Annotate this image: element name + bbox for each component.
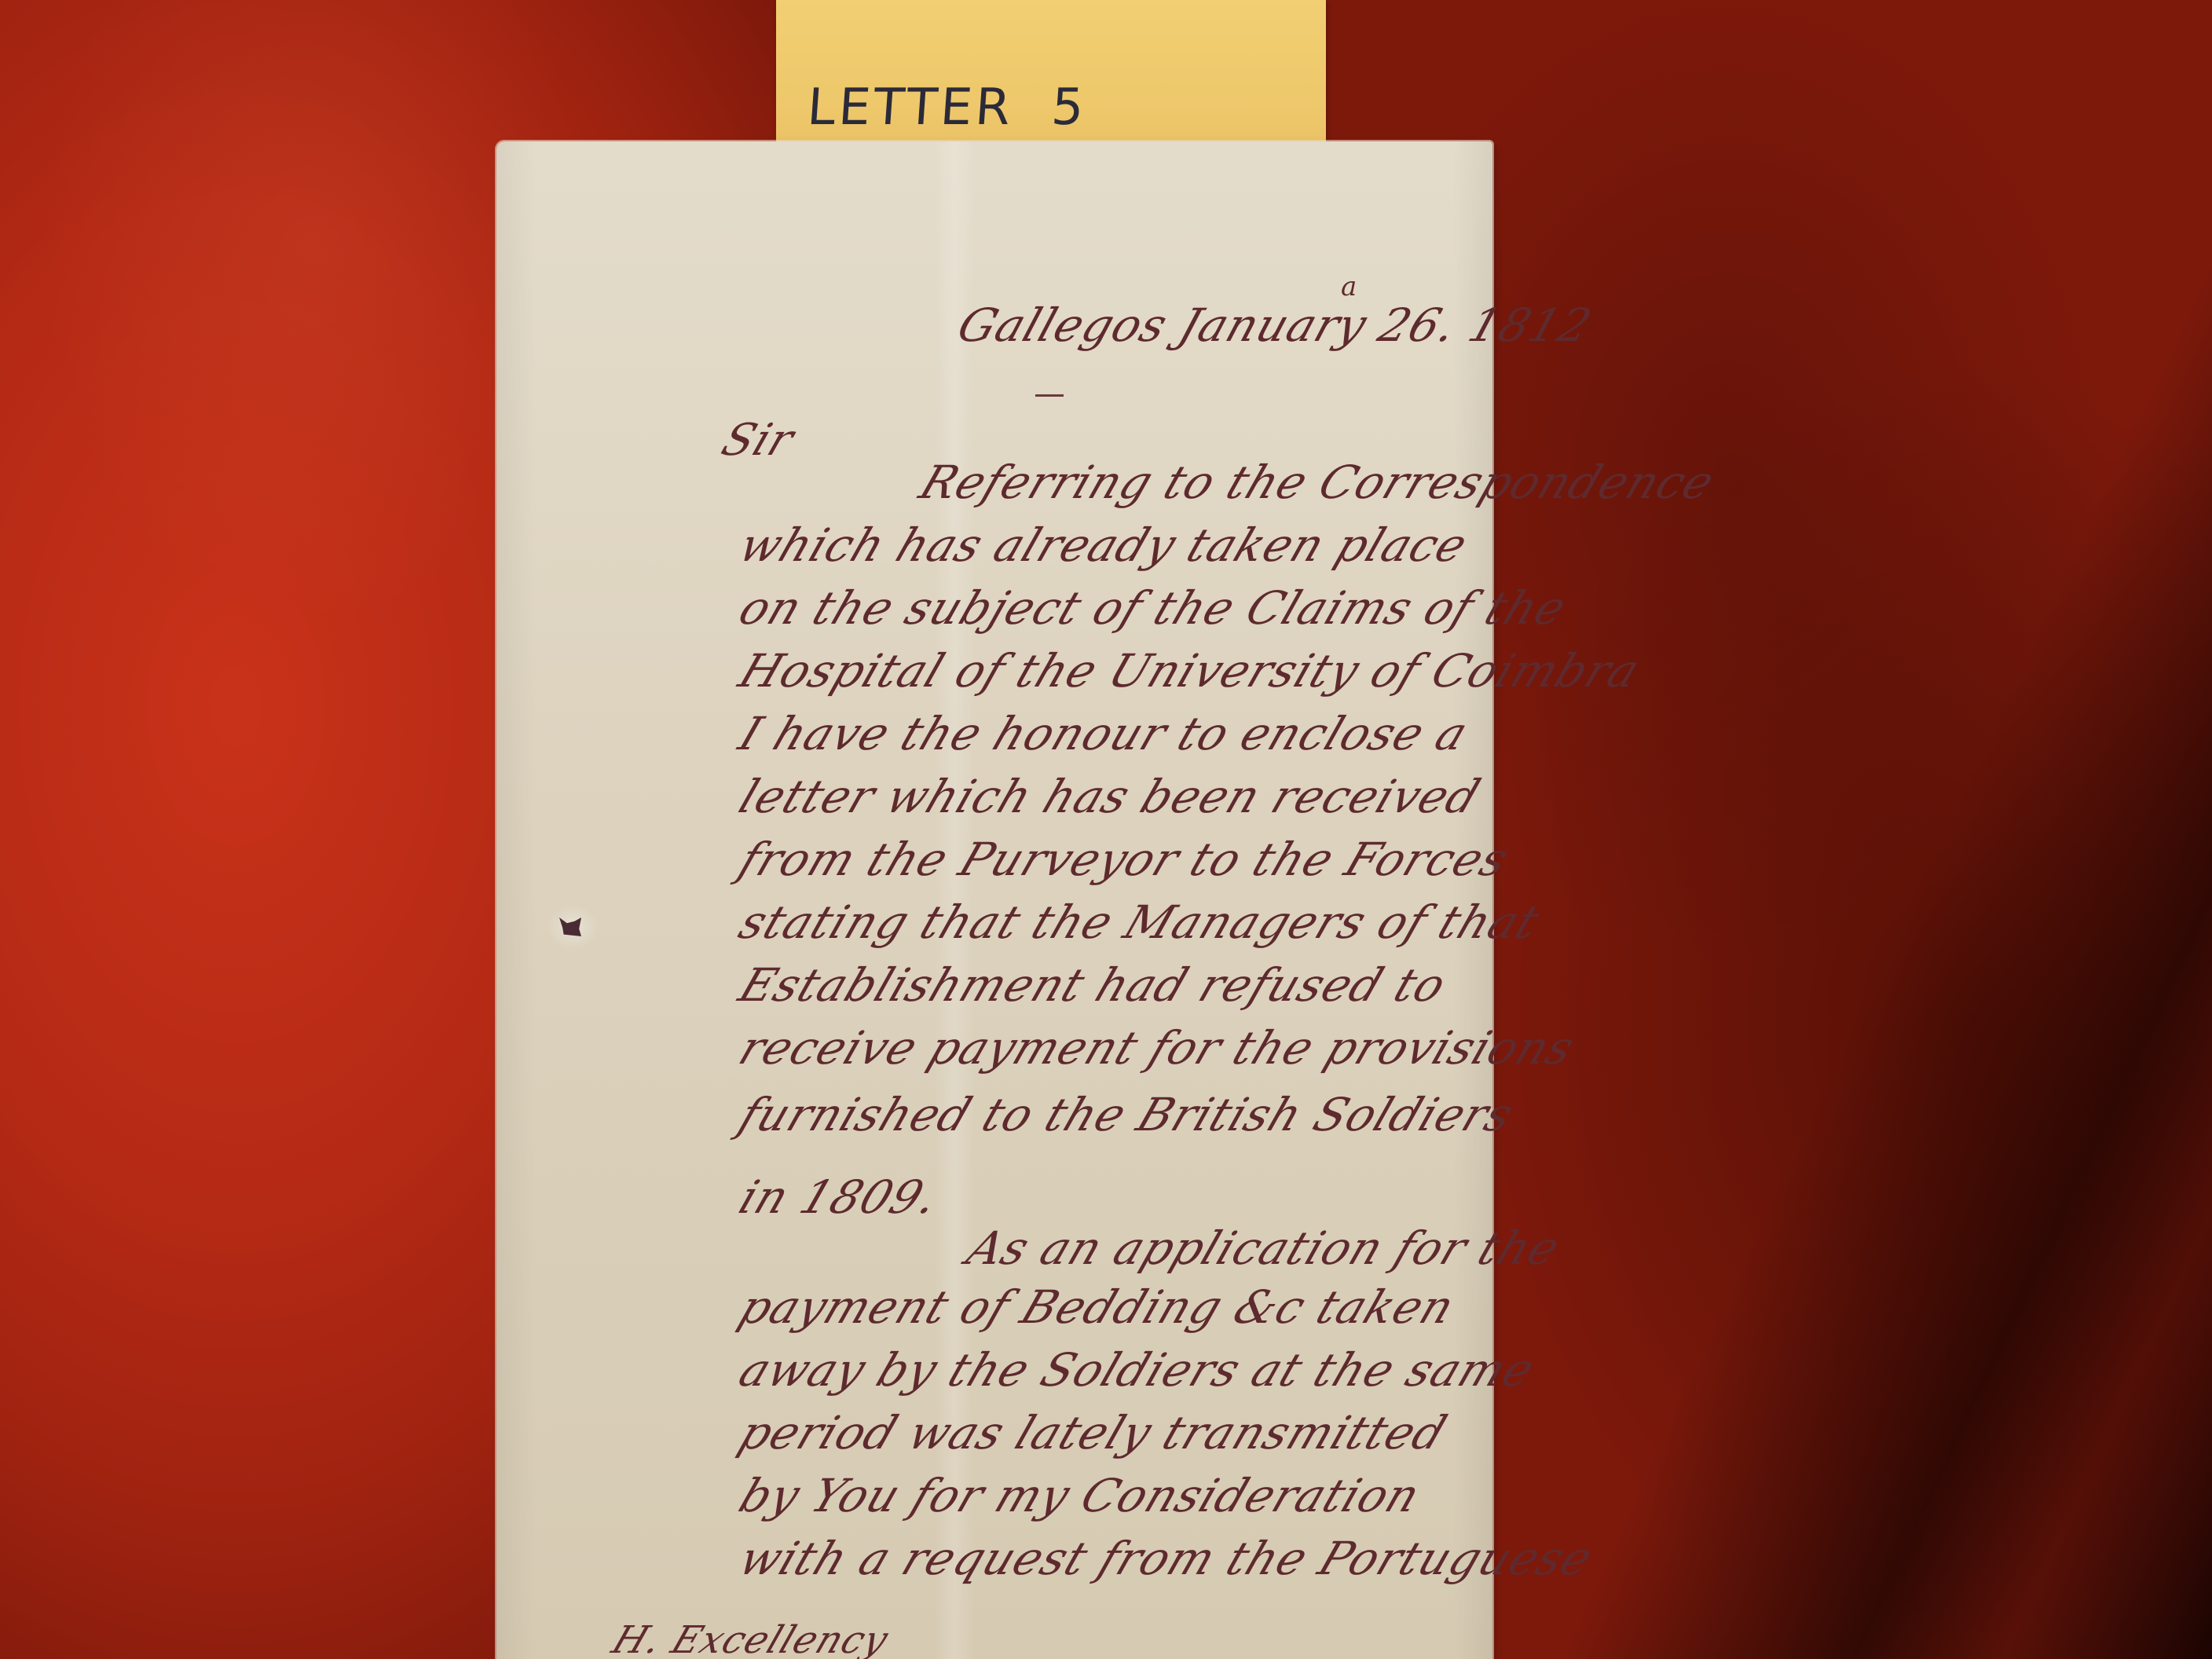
letter-line: I have the honour to enclose a	[732, 707, 1475, 760]
label-text: LETTER 5	[805, 79, 1089, 137]
footer-partial-text: H. Excellency	[606, 1618, 895, 1659]
letter-line: which has already taken place	[732, 518, 1475, 572]
letter-line: stating that the Managers of that	[732, 895, 1547, 949]
letter-line: Hospital of the University of Coimbra	[732, 644, 1647, 698]
letter-line: receive payment for the provisions	[732, 1021, 1582, 1075]
letter-line: As an application for the	[960, 1221, 1567, 1275]
letter-line: by You for my Consideration	[732, 1469, 1428, 1522]
letter-line: with a request from the Portuguese	[732, 1532, 1600, 1585]
date-underline	[1035, 394, 1064, 397]
date-superscript: a	[1341, 271, 1357, 302]
letter-paper: a Gallegos January 26. 1812 Sir Referrin…	[496, 141, 1492, 1659]
letter-line: from the Purveyor to the Forces	[732, 833, 1516, 886]
salutation: Sir	[715, 415, 801, 466]
letter-line: letter which has been received	[732, 770, 1488, 823]
letter-line: period was lately transmitted	[732, 1406, 1454, 1459]
letter-line: in 1809.	[732, 1170, 947, 1224]
letter-line: Establishment had refused to	[732, 958, 1454, 1012]
letter-line: Referring to the Correspondence	[913, 456, 1722, 509]
letter-date: Gallegos January 26. 1812	[951, 298, 1599, 352]
letter-line: away by the Soldiers at the same	[732, 1343, 1542, 1397]
label-card: LETTER 5	[776, 0, 1326, 149]
letter-line: payment of Bedding &c taken	[732, 1280, 1462, 1334]
letter-line: furnished to the British Soldiers	[732, 1088, 1521, 1141]
letter-line: on the subject of the Claims of the	[732, 581, 1574, 635]
